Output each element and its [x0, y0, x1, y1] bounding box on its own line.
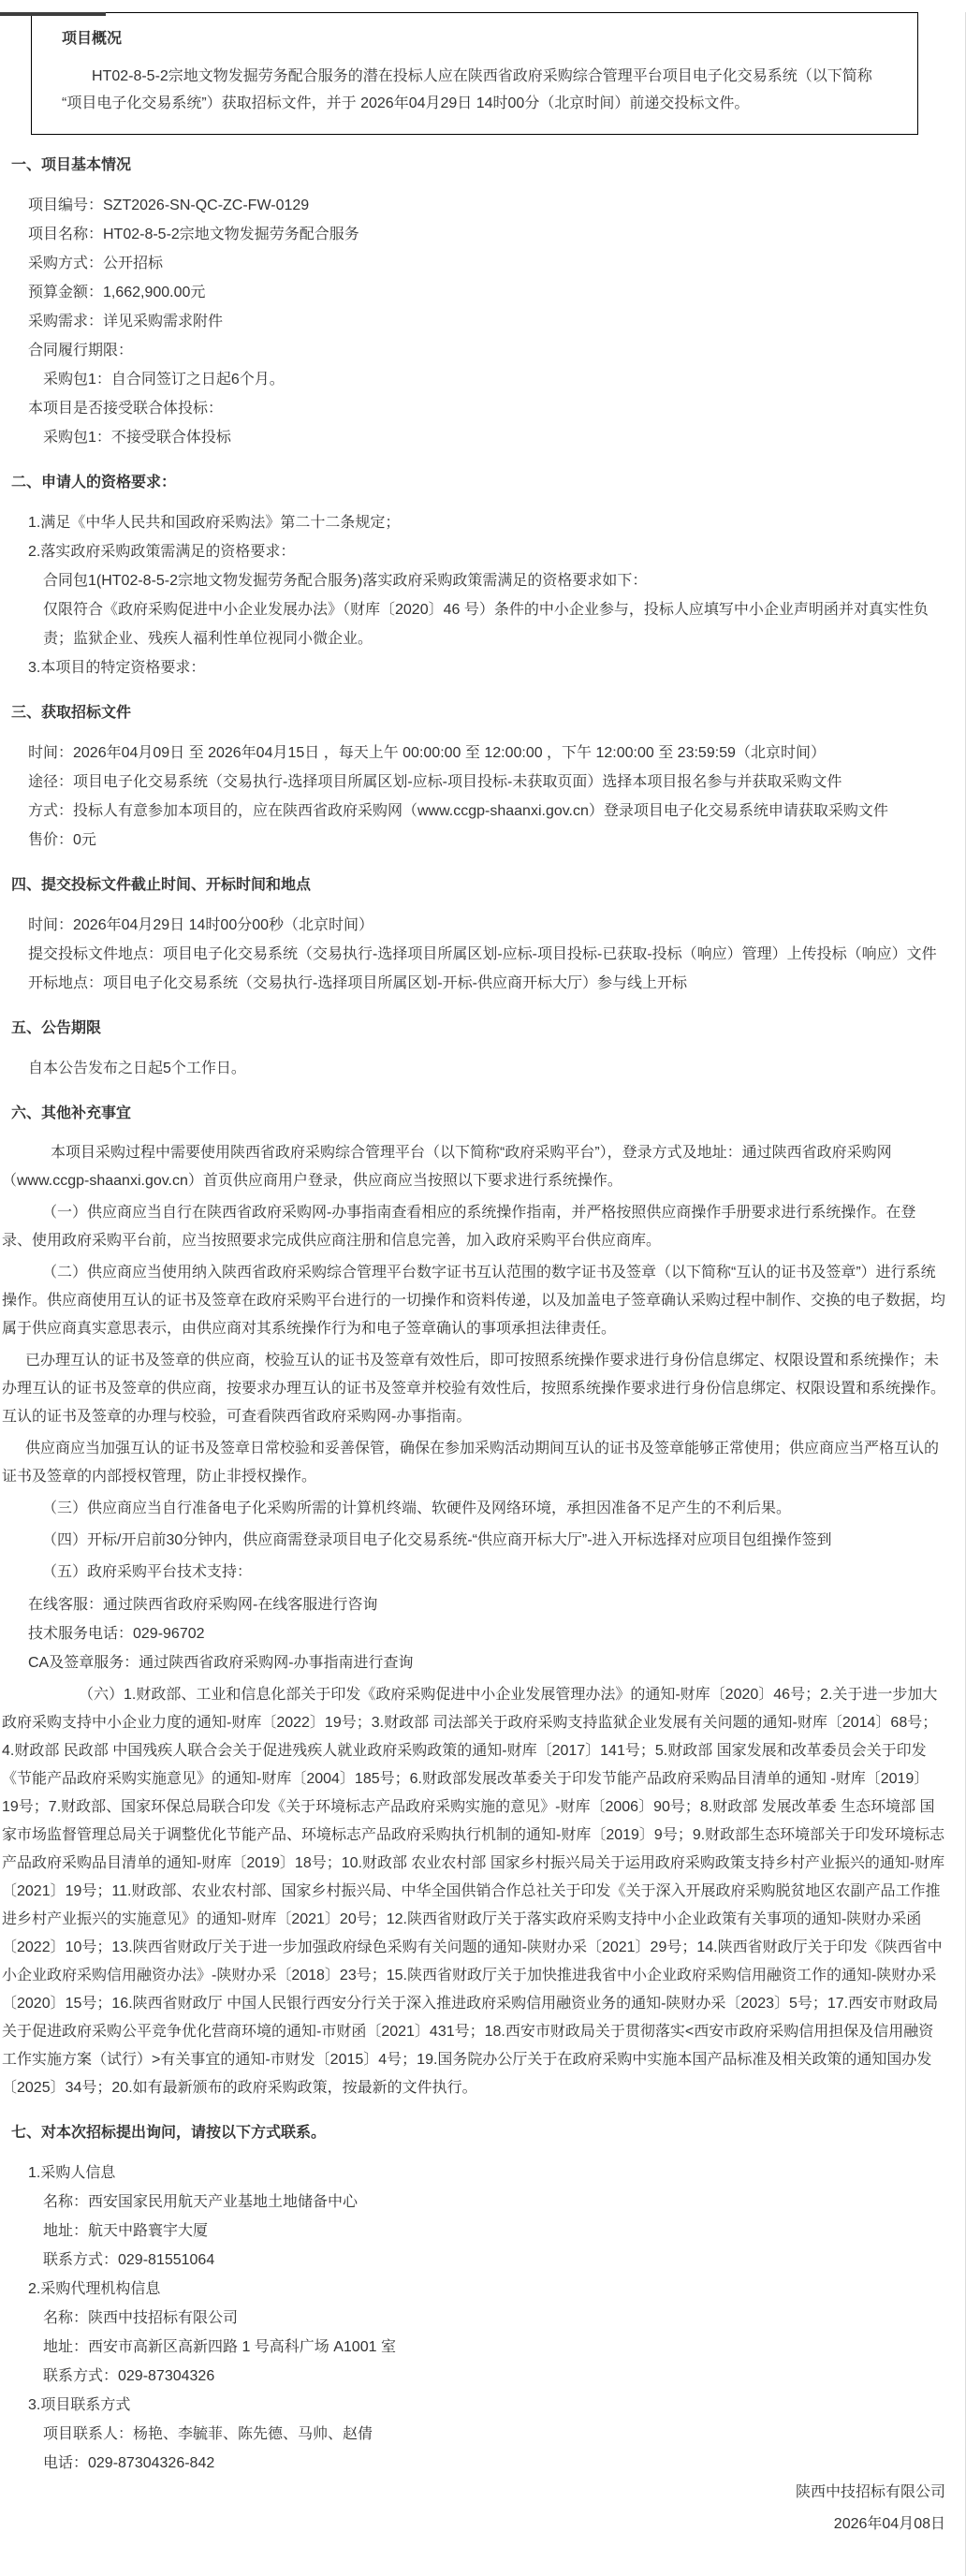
section-heading: 四、提交投标文件截止时间、开标时间和地点: [11, 871, 945, 900]
footer-date: 2026年04月08日: [2, 2510, 945, 2539]
section-6: 六、其他补充事宜本项目采购过程中需要使用陕西省政府采购综合管理平台（以下简称“政…: [2, 1099, 945, 2102]
section-item: 2.落实政府采购政策需满足的资格要求：: [28, 537, 945, 566]
section-item: 开标地点：项目电子化交易系统（交易执行-选择项目所属区划-开标-供应商开标大厅）…: [28, 969, 945, 998]
section-item: 时间：2026年04月29日 14时00分00秒（北京时间）: [28, 911, 945, 940]
section-item: 1.采购人信息: [28, 2159, 945, 2188]
section-item: 合同包1(HT02-8-5-2宗地文物发掘劳务配合服务)落实政府采购政策需满足的…: [43, 566, 945, 595]
footer-company: 陕西中技招标有限公司: [2, 2478, 945, 2507]
section-item: 采购需求：详见采购需求附件: [28, 307, 945, 336]
section-4: 四、提交投标文件截止时间、开标时间和地点时间：2026年04月29日 14时00…: [2, 871, 945, 998]
section-7: 七、对本次招标提出询问，请按以下方式联系。1.采购人信息名称：西安国家民用航天产…: [2, 2118, 945, 2478]
section-item: （五）政府采购平台技术支持：: [2, 1559, 945, 1587]
announcement-page: 项目概况 HT02-8-5-2宗地文物发掘劳务配合服务的潜在投标人应在陕西省政府…: [0, 12, 966, 2576]
section-item: 地址：西安市高新区高新四路 1 号高科广场 A1001 室: [43, 2333, 945, 2362]
section-item: 已办理互认的证书及签章的供应商，校验互认的证书及签章有效性后，即可按照系统操作要…: [2, 1347, 945, 1431]
section-item: 时间：2026年04月09日 至 2026年04月15日 ，每天上午 00:00…: [28, 739, 945, 768]
section-heading: 一、项目基本情况: [11, 151, 945, 180]
section-item: 名称：陕西中技招标有限公司: [43, 2304, 945, 2333]
section-item: 供应商应当加强互认的证书及签章日常校验和妥善保管，确保在参加采购活动期间互认的证…: [2, 1435, 945, 1491]
section-item: 电话：029-87304326-842: [43, 2449, 945, 2478]
section-item: 在线客服：通过陕西省政府采购网-在线客服进行咨询: [28, 1590, 945, 1619]
footer: 陕西中技招标有限公司 2026年04月08日: [2, 2478, 945, 2539]
section-5: 五、公告期限自本公告发布之日起5个工作日。: [2, 1014, 945, 1083]
section-item: 采购包1：自合同签订之日起6个月。: [43, 365, 945, 394]
section-1: 一、项目基本情况项目编号：SZT2026-SN-QC-ZC-FW-0129项目名…: [2, 151, 945, 452]
section-item: 途径：项目电子化交易系统（交易执行-选择项目所属区划-应标-项目投标-未获取页面…: [28, 768, 945, 797]
section-item: 地址：航天中路寰宇大厦: [43, 2217, 945, 2246]
section-item: 本项目采购过程中需要使用陕西省政府采购综合管理平台（以下简称“政府采购平台”），…: [2, 1139, 945, 1195]
section-item: （六）1.财政部、工业和信息化部关于印发《政府采购促进中小企业发展管理办法》的通…: [2, 1681, 945, 2102]
section-item: 2.采购代理机构信息: [28, 2275, 945, 2304]
section-3: 三、获取招标文件时间：2026年04月09日 至 2026年04月15日 ，每天…: [2, 698, 945, 855]
section-heading: 六、其他补充事宜: [11, 1099, 945, 1128]
section-item: 方式：投标人有意参加本项目的，应在陕西省政府采购网（www.ccgp-shaan…: [28, 797, 945, 826]
section-heading: 三、获取招标文件: [11, 698, 945, 727]
section-item: 1.满足《中华人民共和国政府采购法》第二十二条规定；: [28, 508, 945, 537]
section-item: 名称：西安国家民用航天产业基地土地储备中心: [43, 2188, 945, 2217]
section-item: 采购包1：不接受联合体投标: [43, 423, 945, 452]
section-item: 合同履行期限：: [28, 336, 945, 365]
section-item: （四）开标/开启前30分钟内，供应商需登录项目电子化交易系统-“供应商开标大厅”…: [2, 1527, 945, 1555]
sections-container: 一、项目基本情况项目编号：SZT2026-SN-QC-ZC-FW-0129项目名…: [2, 151, 945, 2478]
section-heading: 五、公告期限: [11, 1014, 945, 1043]
section-item: （二）供应商应当使用纳入陕西省政府采购综合管理平台数字证书互认范围的数字证书及签…: [2, 1259, 945, 1343]
section-item: 项目联系人：杨艳、李毓菲、陈先德、马帅、赵倩: [43, 2420, 945, 2449]
section-item: 联系方式：029-81551064: [43, 2246, 945, 2275]
overview-title: 项目概况: [62, 25, 891, 53]
overview-text: HT02-8-5-2宗地文物发掘劳务配合服务的潜在投标人应在陕西省政府采购综合管…: [62, 63, 891, 117]
section-heading: 二、申请人的资格要求：: [11, 468, 945, 497]
section-item: 项目编号：SZT2026-SN-QC-ZC-FW-0129: [28, 191, 945, 220]
section-item: 仅限符合《政府采购促进中小企业发展办法》（财库〔2020〕46 号）条件的中小企…: [43, 595, 945, 653]
section-item: 预算金额：1,662,900.00元: [28, 278, 945, 307]
section-item: 联系方式：029-87304326: [43, 2362, 945, 2391]
section-item: 3.项目联系方式: [28, 2391, 945, 2420]
section-item: 自本公告发布之日起5个工作日。: [28, 1054, 945, 1083]
section-item: （三）供应商应当自行准备电子化采购所需的计算机终端、软硬件及网络环境，承担因准备…: [2, 1495, 945, 1523]
section-item: CA及签章服务：通过陕西省政府采购网-办事指南进行查询: [28, 1648, 945, 1677]
section-item: 项目名称：HT02-8-5-2宗地文物发掘劳务配合服务: [28, 220, 945, 249]
section-item: 售价：0元: [28, 826, 945, 855]
top-left-artifact: [0, 12, 106, 16]
section-item: 采购方式：公开招标: [28, 249, 945, 278]
project-overview-box: 项目概况 HT02-8-5-2宗地文物发掘劳务配合服务的潜在投标人应在陕西省政府…: [31, 12, 918, 135]
section-item: 技术服务电话：029-96702: [28, 1619, 945, 1648]
section-item: （一）供应商应当自行在陕西省政府采购网-办事指南查看相应的系统操作指南，并严格按…: [2, 1199, 945, 1255]
section-item: 3.本项目的特定资格要求：: [28, 653, 945, 682]
section-2: 二、申请人的资格要求：1.满足《中华人民共和国政府采购法》第二十二条规定；2.落…: [2, 468, 945, 682]
section-item: 本项目是否接受联合体投标：: [28, 394, 945, 423]
section-heading: 七、对本次招标提出询问，请按以下方式联系。: [11, 2118, 945, 2147]
section-item: 提交投标文件地点：项目电子化交易系统（交易执行-选择项目所属区划-应标-项目投标…: [28, 940, 945, 969]
